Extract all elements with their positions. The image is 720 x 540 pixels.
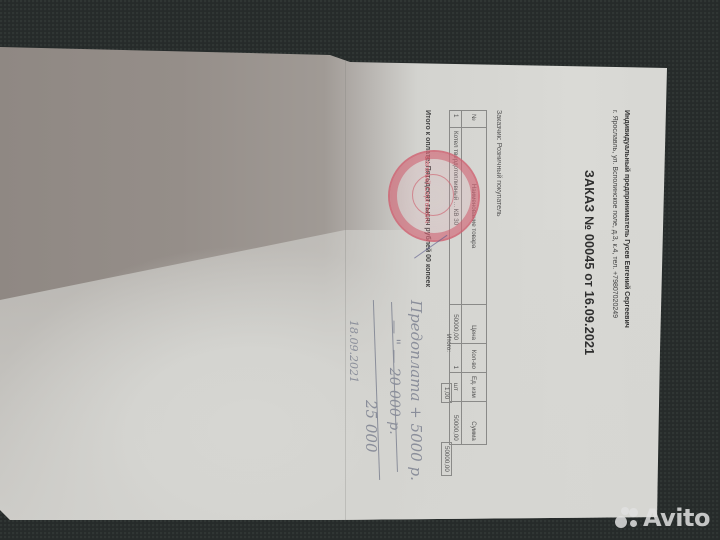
col-qty: Кол-во	[462, 344, 487, 373]
col-unit: Ед. изм	[462, 373, 487, 402]
totals-qty: 1,00	[441, 383, 452, 403]
stamp-inner-ring	[412, 174, 454, 216]
handwritten-prepayment: Предоплата + 5000 р.	[407, 300, 425, 481]
totals-sum: 50000,00	[441, 442, 452, 476]
order-title: ЗАКАЗ № 00045 от 16.09.2021	[582, 170, 596, 355]
col-price: Цена	[462, 305, 487, 344]
avito-logo-icon	[615, 507, 639, 529]
avito-watermark: Avito	[615, 504, 710, 532]
customer-line: Заказчик: Розничный покупатель	[495, 110, 502, 217]
handwritten-second-payment: — " — 20 000 р.	[386, 320, 402, 435]
table-header-row: № Наименование товара Цена Кол-во Ед. из…	[462, 111, 487, 445]
row-sum: 50000,00	[450, 401, 462, 444]
row-number: 1	[450, 111, 462, 128]
vendor-address: г. Ярославль, ул. Всполинское поле, д.3,…	[611, 110, 618, 318]
col-number: №	[462, 111, 487, 128]
col-sum: Сумма	[462, 401, 487, 444]
handwritten-total: 25 000	[362, 400, 380, 453]
handwritten-date: 18.09.2021	[347, 320, 360, 383]
totals-label: Итого:	[445, 334, 452, 352]
avito-brand-text: Avito	[643, 504, 710, 532]
vendor-name: Индивидуальный предприниматель Гусев Евг…	[623, 110, 630, 328]
stamp-text: Евгений Сергеевич	[423, 156, 432, 223]
